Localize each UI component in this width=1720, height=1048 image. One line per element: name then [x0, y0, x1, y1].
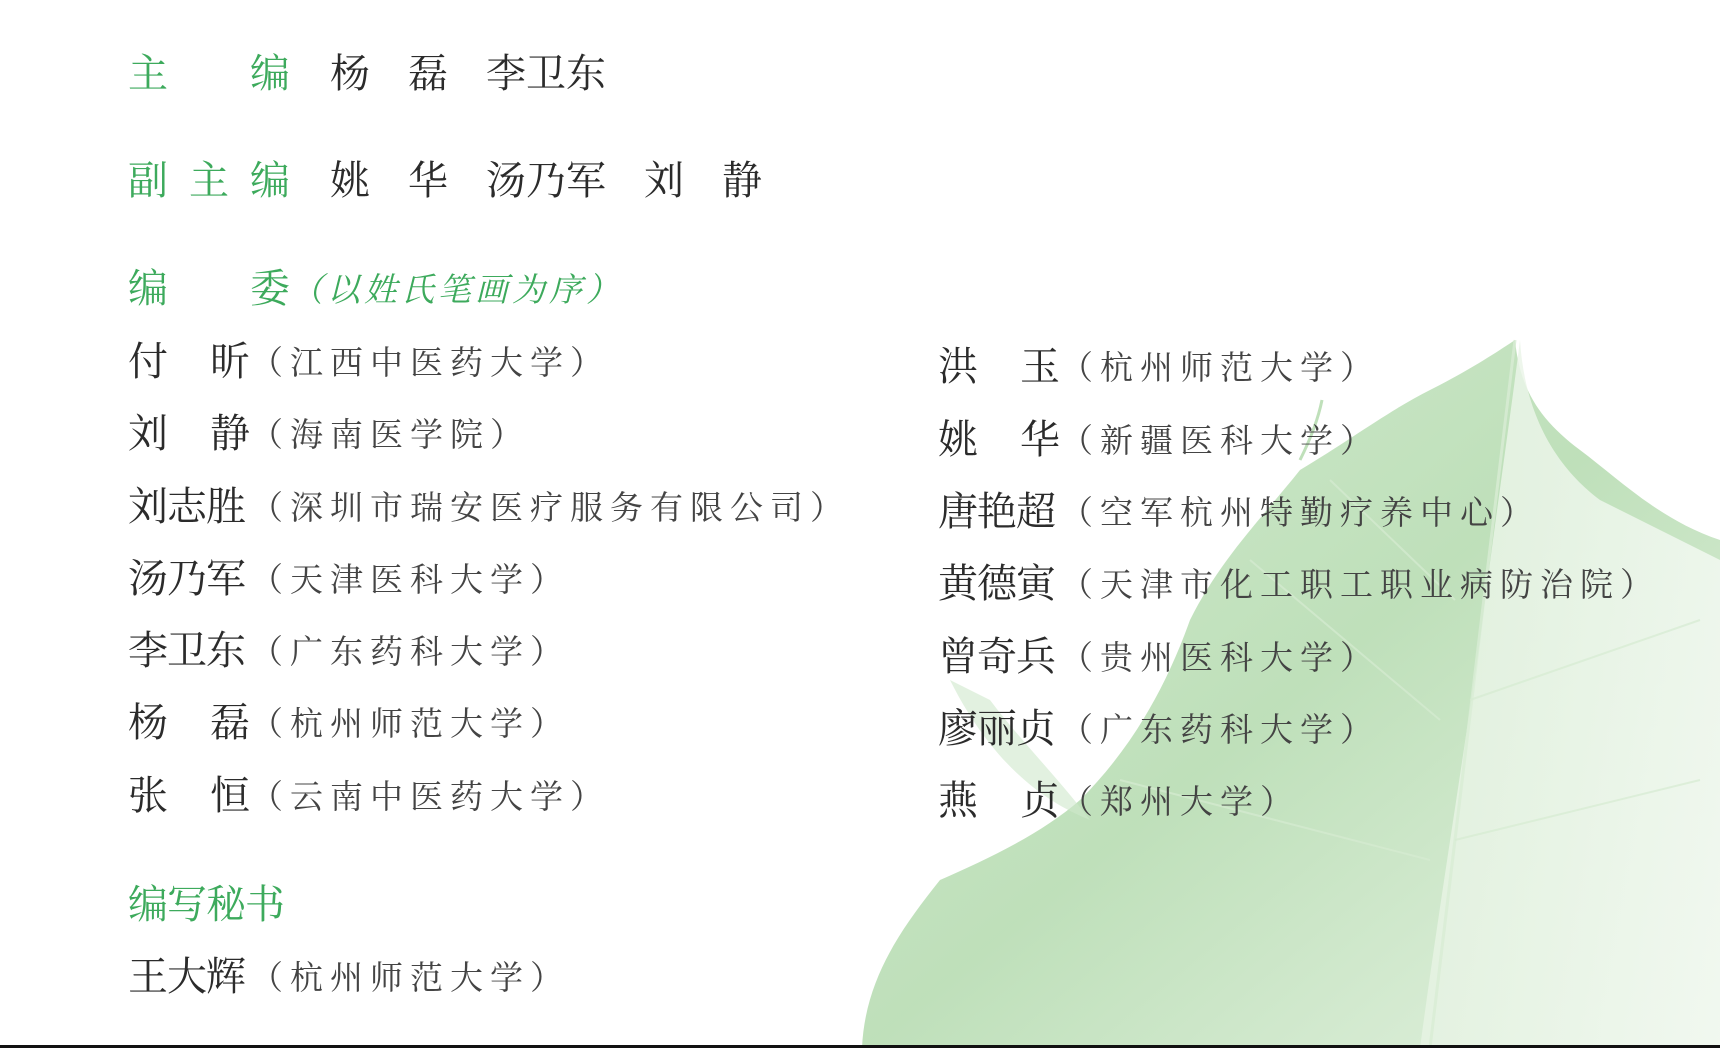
- member-affiliation: （云南中医药大学）: [250, 780, 610, 813]
- board-member-row: 唐艳超 （空军杭州特勤疗养中心）: [938, 492, 1540, 532]
- member-affiliation: （天津市化工职工职业病防治院）: [1060, 568, 1660, 601]
- member-affiliation: （广东药科大学）: [250, 635, 570, 668]
- member-affiliation: （杭州师范大学）: [1060, 351, 1380, 384]
- editorial-board-note: （以姓氏笔画为序）: [290, 273, 623, 306]
- board-member-row: 廖丽贞 （广东药科大学）: [938, 709, 1380, 749]
- name-char: 李卫东: [486, 51, 606, 97]
- board-member-row: 汤乃军 （天津医科大学）: [128, 559, 570, 599]
- member-affiliation: （天津医科大学）: [250, 563, 570, 596]
- board-member-row: 付昕 （江西中医药大学）: [128, 342, 610, 382]
- board-member-row: 杨磊 （杭州师范大学）: [128, 703, 570, 743]
- name-char: 刘: [644, 158, 684, 204]
- label-char: 副: [128, 161, 168, 201]
- editorial-board-label: 编 委: [128, 269, 290, 309]
- member-name: 唐艳超: [938, 492, 1060, 532]
- board-member-row: 黄德寅 （天津市化工职工职业病防治院）: [938, 564, 1660, 604]
- name-char: 姚: [330, 158, 370, 204]
- deputy-editor-label: 副 主 编: [128, 161, 290, 201]
- member-name: 汤乃军: [128, 559, 250, 599]
- member-affiliation: （杭州师范大学）: [250, 707, 570, 740]
- label-char: 主: [189, 161, 229, 201]
- board-member-row: 洪玉 （杭州师范大学）: [938, 347, 1380, 387]
- member-name: 王大辉: [128, 957, 250, 997]
- secretary-label: 编写秘书: [128, 885, 284, 925]
- deputy-editor-names: 姚华汤乃军刘静: [330, 161, 800, 201]
- board-member-row: 李卫东 （广东药科大学）: [128, 631, 570, 671]
- name-char: 杨: [330, 51, 370, 97]
- member-affiliation: （江西中医药大学）: [250, 346, 610, 379]
- member-name: 姚华: [938, 420, 1060, 460]
- member-name: 洪玉: [938, 347, 1060, 387]
- board-member-row: 燕贞 （郑州大学）: [938, 781, 1300, 821]
- member-affiliation: （海南医学院）: [250, 418, 530, 451]
- board-member-row: 刘志胜 （深圳市瑞安医疗服务有限公司）: [128, 487, 850, 527]
- label-char: 主: [128, 54, 168, 94]
- member-affiliation: （新疆医科大学）: [1060, 424, 1380, 457]
- label-char: 编: [128, 269, 168, 309]
- editor-in-chief-names: 杨磊李卫东: [330, 54, 644, 94]
- member-name: 杨磊: [128, 703, 250, 743]
- member-name: 燕贞: [938, 781, 1060, 821]
- member-affiliation: （空军杭州特勤疗养中心）: [1060, 496, 1540, 529]
- member-affiliation: （广东药科大学）: [1060, 713, 1380, 746]
- member-name: 廖丽贞: [938, 709, 1060, 749]
- member-affiliation: （郑州大学）: [1060, 785, 1300, 818]
- secretary-member-row: 王大辉 （杭州师范大学）: [128, 957, 570, 997]
- member-name: 刘静: [128, 414, 250, 454]
- label-char: 编: [250, 54, 290, 94]
- name-char: 汤乃军: [486, 158, 606, 204]
- deputy-editor-row: 副 主 编 姚华汤乃军刘静: [128, 161, 800, 201]
- editor-in-chief-label: 主 编: [128, 54, 290, 94]
- label-char: 编: [250, 161, 290, 201]
- member-affiliation: （深圳市瑞安医疗服务有限公司）: [250, 491, 850, 524]
- name-char: 静: [722, 158, 762, 204]
- member-name: 张恒: [128, 776, 250, 816]
- member-name: 李卫东: [128, 631, 250, 671]
- member-name: 黄德寅: [938, 564, 1060, 604]
- member-name: 付昕: [128, 342, 250, 382]
- name-char: 磊: [408, 51, 448, 97]
- editor-in-chief-row: 主 编 杨磊李卫东: [128, 54, 644, 94]
- member-name: 曾奇兵: [938, 637, 1060, 677]
- secretary-heading: 编写秘书: [128, 885, 284, 925]
- member-name: 刘志胜: [128, 487, 250, 527]
- board-member-row: 曾奇兵 （贵州医科大学）: [938, 637, 1380, 677]
- member-affiliation: （杭州师范大学）: [250, 961, 570, 994]
- board-member-row: 刘静 （海南医学院）: [128, 414, 530, 454]
- member-affiliation: （贵州医科大学）: [1060, 641, 1380, 674]
- board-member-row: 姚华 （新疆医科大学）: [938, 420, 1380, 460]
- name-char: 华: [408, 158, 448, 204]
- label-char: 委: [250, 269, 290, 309]
- board-member-row: 张恒 （云南中医药大学）: [128, 776, 610, 816]
- editorial-credits-page: 主 编 杨磊李卫东 副 主 编 姚华汤乃军刘静 编 委 （以姓氏笔画为序） 付昕…: [0, 0, 1720, 1048]
- editorial-board-heading: 编 委 （以姓氏笔画为序）: [128, 269, 623, 309]
